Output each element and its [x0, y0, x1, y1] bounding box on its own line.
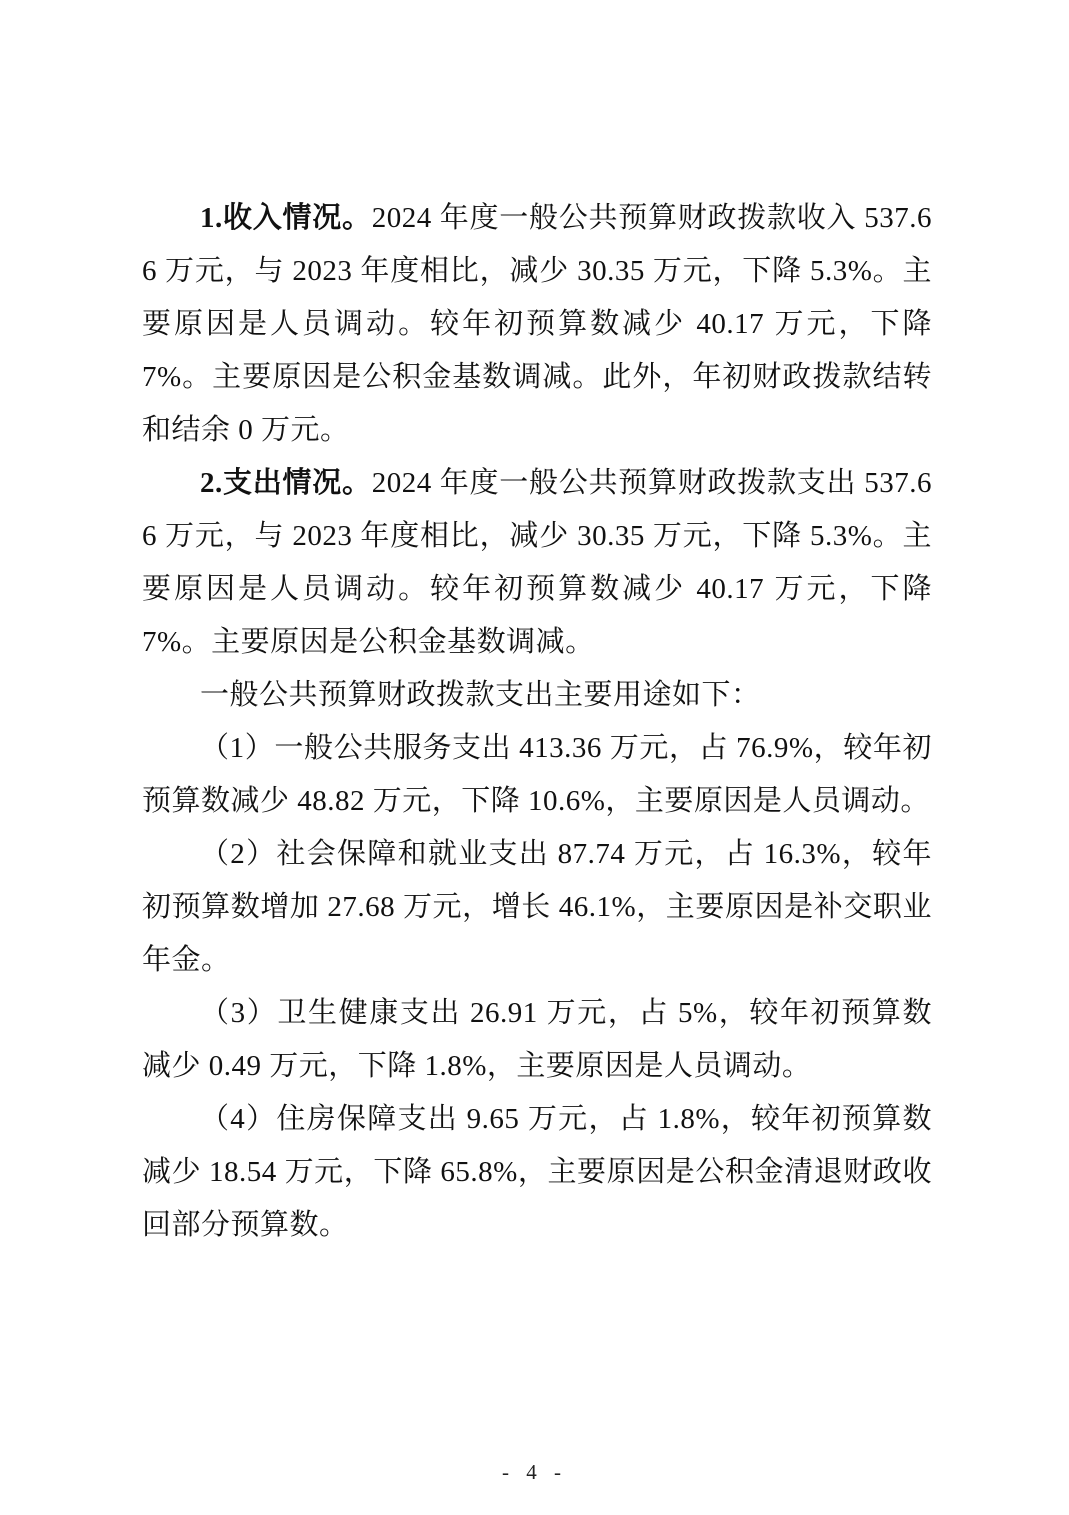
- paragraph-item-3-text: （3）卫生健康支出 26.91 万元，占 5%，较年初预算数减少 0.49 万元…: [142, 997, 932, 1082]
- paragraph-item-4-text: （4）住房保障支出 9.65 万元，占 1.8%，较年初预算数减少 18.54 …: [142, 1103, 932, 1241]
- paragraph-item-1: （1）一般公共服务支出 413.36 万元，占 76.9%，较年初预算数减少 4…: [142, 722, 932, 828]
- page-number: - 4 -: [0, 1460, 1069, 1485]
- paragraph-usage-intro: 一般公共预算财政拨款支出主要用途如下：: [142, 669, 932, 722]
- paragraph-income-heading: 1.收入情况。: [200, 202, 372, 234]
- paragraph-income: 1.收入情况。2024 年度一般公共预算财政拨款收入 537.66 万元，与 2…: [142, 192, 932, 457]
- paragraph-income-text: 2024 年度一般公共预算财政拨款收入 537.66 万元，与 2023 年度相…: [142, 202, 932, 446]
- paragraph-usage-intro-text: 一般公共预算财政拨款支出主要用途如下：: [200, 679, 761, 711]
- document-page: 1.收入情况。2024 年度一般公共预算财政拨款收入 537.66 万元，与 2…: [0, 0, 1069, 1515]
- paragraph-item-3: （3）卫生健康支出 26.91 万元，占 5%，较年初预算数减少 0.49 万元…: [142, 987, 932, 1093]
- paragraph-expenditure: 2.支出情况。2024 年度一般公共预算财政拨款支出 537.66 万元，与 2…: [142, 457, 932, 669]
- paragraph-item-4: （4）住房保障支出 9.65 万元，占 1.8%，较年初预算数减少 18.54 …: [142, 1093, 932, 1252]
- paragraph-item-2-text: （2）社会保障和就业支出 87.74 万元，占 16.3%，较年初预算数增加 2…: [142, 838, 932, 976]
- paragraph-expenditure-heading: 2.支出情况。: [200, 467, 372, 499]
- document-body: 1.收入情况。2024 年度一般公共预算财政拨款收入 537.66 万元，与 2…: [142, 192, 932, 1252]
- paragraph-item-2: （2）社会保障和就业支出 87.74 万元，占 16.3%，较年初预算数增加 2…: [142, 828, 932, 987]
- paragraph-item-1-text: （1）一般公共服务支出 413.36 万元，占 76.9%，较年初预算数减少 4…: [142, 732, 932, 817]
